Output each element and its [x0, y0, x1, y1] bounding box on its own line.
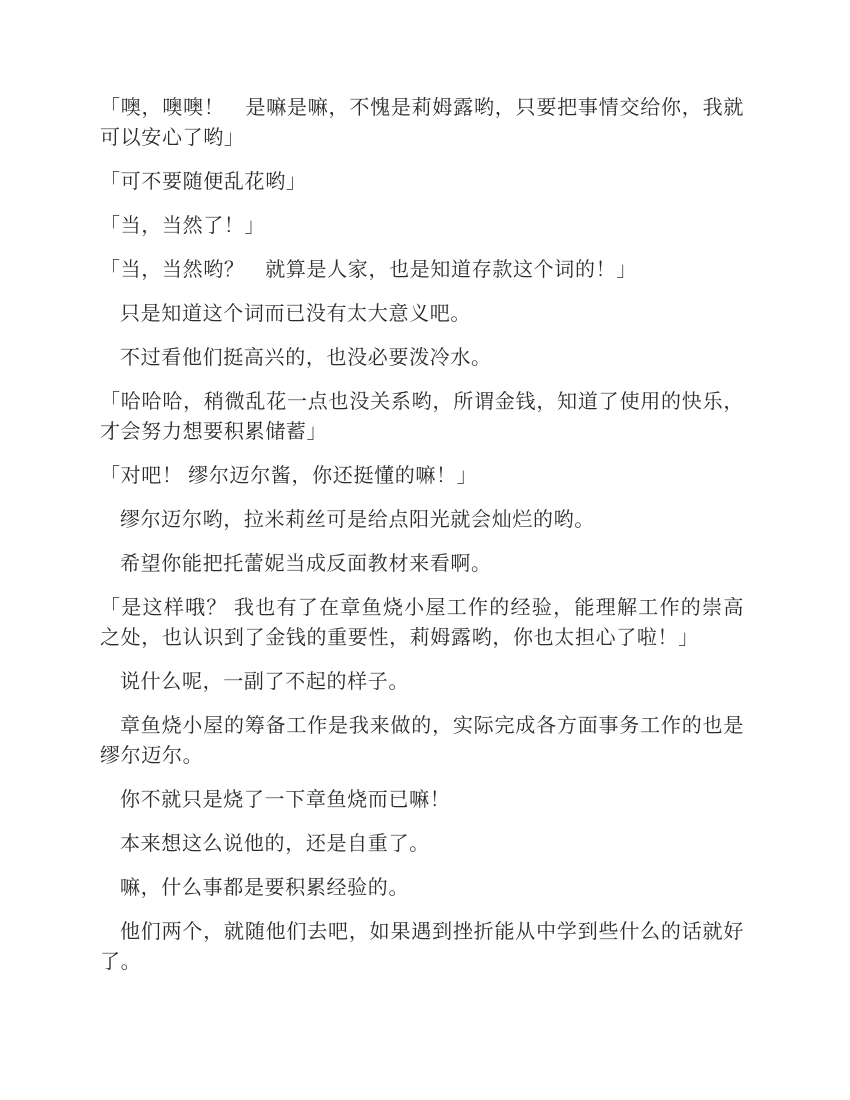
- dialogue-paragraph: 「是这样哦？ 我也有了在章鱼烧小屋工作的经验，能理解工作的崇高之处，也认识到了金…: [100, 593, 744, 653]
- dialogue-paragraph: 「当，当然哟？ 就算是人家，也是知道存款这个词的！」: [100, 255, 744, 285]
- page-content: 「噢，噢噢！ 是嘛是嘛，不愧是莉姆露哟，只要把事情交给你，我就可以安心了哟」「可…: [100, 93, 744, 977]
- narration-paragraph: 他们两个，就随他们去吧，如果遇到挫折能从中学到些什么的话就好了。: [100, 917, 744, 977]
- novel-page: 「噢，噢噢！ 是嘛是嘛，不愧是莉姆露哟，只要把事情交给你，我就可以安心了哟」「可…: [0, 0, 850, 1100]
- narration-paragraph: 缪尔迈尔哟，拉米莉丝可是给点阳光就会灿烂的哟。: [100, 505, 744, 535]
- narration-paragraph: 本来想这么说他的，还是自重了。: [100, 829, 744, 859]
- narration-paragraph: 不过看他们挺高兴的，也没必要泼冷水。: [100, 343, 744, 373]
- narration-paragraph: 说什么呢，一副了不起的样子。: [100, 667, 744, 697]
- dialogue-paragraph: 「可不要随便乱花哟」: [100, 167, 744, 197]
- narration-paragraph: 只是知道这个词而已没有太大意义吧。: [100, 299, 744, 329]
- narration-paragraph: 希望你能把托蕾妮当成反面教材来看啊。: [100, 549, 744, 579]
- dialogue-paragraph: 「对吧！ 缪尔迈尔酱，你还挺懂的嘛！」: [100, 461, 744, 491]
- dialogue-paragraph: 「噢，噢噢！ 是嘛是嘛，不愧是莉姆露哟，只要把事情交给你，我就可以安心了哟」: [100, 93, 744, 153]
- narration-paragraph: 嘛，什么事都是要积累经验的。: [100, 873, 744, 903]
- dialogue-paragraph: 「当，当然了！」: [100, 211, 744, 241]
- dialogue-paragraph: 「哈哈哈，稍微乱花一点也没关系哟，所谓金钱，知道了使用的快乐，才会努力想要积累储…: [100, 387, 744, 447]
- narration-paragraph: 你不就只是烧了一下章鱼烧而已嘛！: [100, 785, 744, 815]
- narration-paragraph: 章鱼烧小屋的筹备工作是我来做的，实际完成各方面事务工作的也是缪尔迈尔。: [100, 711, 744, 771]
